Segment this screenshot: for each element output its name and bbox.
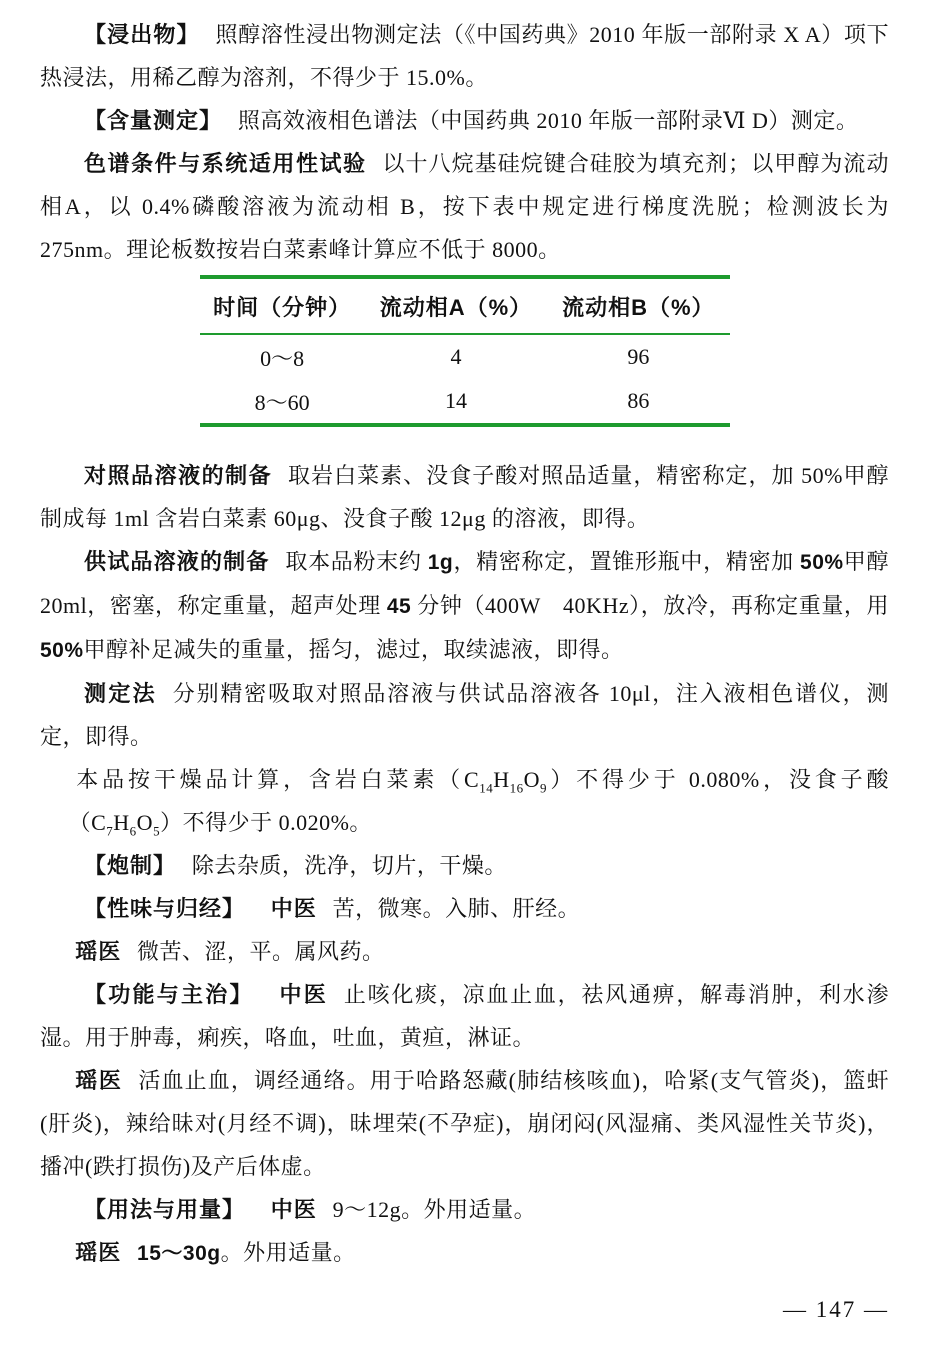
formula-subscript: 6 [130,823,137,838]
text-run: 50% [800,551,844,574]
section-label: 【含量测定】 [84,108,222,133]
table-cell: 96 [547,334,729,379]
section-label: 供试品溶液的制备 [84,549,270,574]
section-label: 色谱条件与系统适用性试验 [84,151,367,176]
paragraph: 【浸出物】照醇溶性浸出物测定法（《中国药典》2010 年版一部附录 X A）项下… [40,13,889,99]
paragraph: 【功能与主治】中医止咳化痰，凉血止血，祛风通痹，解毒消肿，利水渗湿。用于肿毒，痢… [40,973,889,1059]
section-label: 瑶医 [75,1068,122,1093]
table-header-cell: 流动相B（%） [547,277,729,334]
gradient-table: 时间（分钟）流动相A（%）流动相B（%）0～84968～601486 [200,275,730,427]
text-run: 取本品粉末约 [285,549,427,574]
table-header-row: 时间（分钟）流动相A（%）流动相B（%） [200,277,730,334]
section-label: 瑶医 [75,939,121,964]
section-label: 测定法 [84,681,157,706]
paragraph: 【含量测定】照高效液相色谱法（中国药典 2010 年版一部附录Ⅵ D）测定。 [40,99,889,142]
text-run: 甲醇补足减失的重量，摇匀，滤过，取续滤液，即得。 [84,637,624,662]
table-cell: 4 [365,334,547,379]
text-run: ）不得少于 0.020%。 [160,810,372,835]
section-label: 中医 [271,896,317,921]
text-run: 分别精密吸取对照品溶液与供试品溶液各 10μl，注入液相色谱仪，测定，即得。 [40,681,889,749]
text-run: 9～12g。外用适量。 [333,1197,537,1222]
text-run: 1g [428,551,454,574]
table-cell: 86 [547,379,729,425]
section-label: 【用法与用量】 [84,1197,245,1222]
table-row: 0～8496 [200,334,730,379]
gradient-table-wrapper: 时间（分钟）流动相A（%）流动相B（%）0～84968～601486 [40,275,889,427]
text-run: H [493,767,509,792]
paragraph: 瑶医微苦、涩，平。属风药。 [40,930,889,973]
section-label: 【功能与主治】 [84,982,254,1007]
section-label: 【浸出物】 [84,22,200,47]
document-page: 【浸出物】照醇溶性浸出物测定法（《中国药典》2010 年版一部附录 X A）项下… [0,0,927,1353]
page-number: — 147 — [783,1297,889,1323]
paragraph: 【用法与用量】中医9～12g。外用适量。 [40,1188,889,1231]
paragraph: 色谱条件与系统适用性试验以十八烷基硅烷键合硅胶为填充剂；以甲醇为流动相A，以 0… [40,142,889,271]
section-label: 对照品溶液的制备 [84,463,272,488]
paragraph: 瑶医活血止血，调经通络。用于哈路怒藏(肺结核咳血)，哈紧(支气管炎)，篮虷(肝炎… [40,1059,889,1188]
paragraph: 供试品溶液的制备取本品粉末约 1g，精密称定，置锥形瓶中，精密加 50%甲醇20… [40,540,889,672]
text-run: ，精密称定，置锥形瓶中，精密加 [453,549,800,574]
text-run: 50% [40,639,84,662]
text-run: H [113,810,129,835]
section-label: 中医 [280,982,329,1007]
paragraph: 对照品溶液的制备取岩白菜素、没食子酸对照品适量，精密称定，加 50%甲醇制成每 … [40,454,889,540]
text-run: 15～30g [137,1242,221,1265]
text-run: O [524,767,540,792]
paragraph: 本品按干燥品计算，含岩白菜素（C14H16O9）不得少于 0.080%，没食子酸… [40,758,889,844]
table-header-cell: 流动相A（%） [365,277,547,334]
table-row: 8～601486 [200,379,730,425]
formula-subscript: 14 [479,780,493,795]
text-run: 微苦、涩，平。属风药。 [137,939,385,964]
text-run: 45 [387,595,411,618]
document-content: 【浸出物】照醇溶性浸出物测定法（《中国药典》2010 年版一部附录 X A）项下… [40,13,889,1275]
paragraph: 瑶医15～30g。外用适量。 [40,1231,889,1275]
text-run: 。外用适量。 [221,1240,356,1265]
text-run: 苦，微寒。入肺、肝经。 [333,896,581,921]
formula-subscript: 9 [540,780,547,795]
section-label: 瑶医 [75,1240,121,1265]
paragraph: 【性味与归经】中医苦，微寒。入肺、肝经。 [40,887,889,930]
section-label: 【性味与归经】 [84,896,245,921]
section-label: 中医 [271,1197,317,1222]
text-run: 分钟（400W 40KHz），放冷，再称定重量，用 [411,593,889,618]
table-cell: 14 [365,379,547,425]
paragraph: 【炮制】除去杂质，洗净，切片，干燥。 [40,844,889,887]
section-label: 【炮制】 [84,853,176,878]
text-run: 本品按干燥品计算，含岩白菜素（C [76,767,479,792]
table-cell: 8～60 [200,379,365,425]
text-run: O [137,810,153,835]
paragraph: 测定法分别精密吸取对照品溶液与供试品溶液各 10μl，注入液相色谱仪，测定，即得… [40,672,889,758]
formula-subscript: 16 [510,780,524,795]
text-run: 除去杂质，洗净，切片，干燥。 [192,853,507,878]
table-cell: 0～8 [200,334,365,379]
table-header-cell: 时间（分钟） [200,277,365,334]
text-run: 照高效液相色谱法（中国药典 2010 年版一部附录Ⅵ D）测定。 [238,108,859,133]
formula-subscript: 5 [153,823,160,838]
text-run: 活血止血，调经通络。用于哈路怒藏(肺结核咳血)，哈紧(支气管炎)，篮虷(肝炎)，… [40,1068,889,1179]
